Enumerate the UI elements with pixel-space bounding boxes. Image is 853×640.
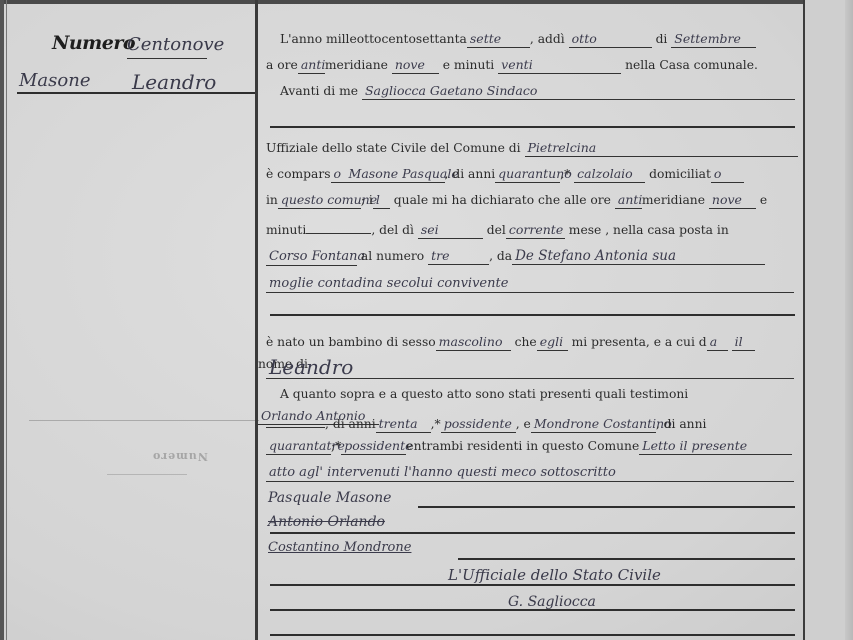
text-avanti-di-me: Avanti di me <box>280 84 358 98</box>
signature-official: G. Sagliocca <box>508 594 596 610</box>
field-year: sette <box>467 29 530 48</box>
field-declarant-age: quarantuno <box>495 164 560 183</box>
numero-value: Centonove <box>127 34 224 55</box>
rule-sig-4 <box>270 584 795 586</box>
text-casa-comunale: nella Casa comunale. <box>625 58 758 72</box>
field-sex: mascolino <box>436 332 511 351</box>
signature-witness-1: Antonio Orlando <box>268 514 385 530</box>
act-line-1: L'anno milleottocentosettantasette, addì… <box>258 28 803 50</box>
rule-sig-3 <box>458 558 795 560</box>
margin-column: Numero Centonove Masone Leandro Numero <box>7 4 253 640</box>
text-e-2: , e <box>516 417 531 431</box>
bleed-through-stamp: Numero <box>152 450 208 463</box>
act-line-2: a oreantimeridiane nove e minuti venti n… <box>258 54 803 76</box>
field-witness-1-age: trenta <box>376 414 431 433</box>
margin-given-name: Leandro <box>132 70 216 94</box>
act-line-11: Leandro <box>258 354 803 382</box>
text-quale-dichiarato: quale mi ha dichiarato che alle ore <box>394 193 611 207</box>
field-minutes: venti <box>498 55 621 74</box>
field-official-name: Sagliocca Gaetano Sindaco <box>362 81 795 100</box>
field-birth-ante: anti <box>615 190 642 209</box>
field-ante: anti <box>298 55 325 74</box>
field-witness-1-cont <box>266 409 325 428</box>
field-closing-statement: atto agl' intervenuti l'hanno questi mec… <box>266 463 794 482</box>
field-month-ref: corrente <box>506 220 565 239</box>
field-il-suffix: l <box>373 190 390 209</box>
field-domic-suffix: o <box>711 164 744 183</box>
text-da: , da <box>489 249 512 263</box>
act-line-14: quarantatre;*possidenteentrambi resident… <box>258 435 803 457</box>
text-del: del <box>487 223 506 237</box>
act-line-7: minuti, del dì sei delcorrente mese , ne… <box>258 215 803 237</box>
act-line-5: è comparsoMasone Pasquale, di anniquaran… <box>258 163 803 185</box>
field-da: a <box>707 332 728 351</box>
text-meridiane: meridiane <box>325 58 388 72</box>
text-star: ,* <box>560 167 570 181</box>
register-page: Numero Centonove Masone Leandro Numero L… <box>0 0 853 640</box>
field-birth-minutes <box>306 215 371 234</box>
text-al-numero: al numero <box>361 249 424 263</box>
numero-underline <box>127 58 207 59</box>
text-meridiane-2: meridiane <box>642 193 705 207</box>
text-sep: ; i <box>361 193 373 207</box>
field-street: Corso Fontana <box>266 247 357 266</box>
page-edge-shadow <box>845 0 853 640</box>
text-che: che <box>515 335 537 349</box>
act-line-10: è nato un bambino di sessomascolino chee… <box>258 331 803 353</box>
act-line-3: Avanti di me Sagliocca Gaetano Sindaco <box>258 80 803 102</box>
field-witness-2: Mondrone Costantino <box>531 414 656 433</box>
rule-sig-6 <box>270 634 795 636</box>
text-addi: , addì <box>530 32 565 46</box>
text-star-2: ;* <box>331 439 341 453</box>
text-casa-posta: mese , nella casa posta in <box>569 223 729 237</box>
field-witness-2-profession: possidente <box>341 436 406 455</box>
text-di-anni-2: , di anni <box>656 417 707 431</box>
rule-1 <box>270 126 795 128</box>
text-testimoni: A quanto sopra e a questo atto sono stat… <box>280 387 688 401</box>
text-entrambi-residenti: entrambi residenti in questo Comune <box>406 439 639 453</box>
field-residence: questo comune <box>278 190 361 209</box>
field-witness-2-age: quarantatre <box>266 436 331 455</box>
text-in: in <box>266 193 278 207</box>
field-house-number: tre <box>428 246 489 265</box>
text-nato-bambino: è nato un bambino di sesso <box>266 335 436 349</box>
field-mother: De Stefano Antonia sua <box>512 246 765 265</box>
field-gender-suffix: o <box>331 164 346 183</box>
text-domiciliato: domiciliat <box>649 167 711 181</box>
signature-witness-2: Costantino Mondrone <box>268 540 411 555</box>
numero-label: Numero <box>52 32 135 54</box>
field-declarant: Masone Pasquale <box>346 164 445 183</box>
field-profession: calzolaio <box>574 164 645 183</box>
rule-sig-2 <box>270 532 795 534</box>
left-border <box>0 0 4 640</box>
act-line-15: atto agl' intervenuti l'hanno questi mec… <box>258 461 803 483</box>
bleed-through-line <box>29 420 259 421</box>
field-comune: Pietrelcina <box>525 138 798 157</box>
text-comparso: è compars <box>266 167 331 181</box>
text-del-di: , del dì <box>371 223 414 237</box>
field-day: otto <box>569 29 652 48</box>
act-line-8: Corso Fontana al numero tre, daDe Stefan… <box>258 245 803 267</box>
official-title: L'Ufficiale dello Stato Civile <box>448 566 661 584</box>
field-birth-day: sei <box>418 220 483 239</box>
field-egli: egli <box>537 332 568 351</box>
text-a-ore: a ore <box>266 58 298 72</box>
field-letto: Letto il presente <box>639 436 792 455</box>
margin-surname: Masone <box>19 70 90 91</box>
rule-2 <box>270 314 795 316</box>
text-star-1: ,* <box>431 417 441 431</box>
text-di: di <box>656 32 668 46</box>
field-month: Settembre <box>671 29 756 48</box>
field-child-name: Leandro <box>266 354 794 379</box>
field-hour: nove <box>392 55 439 74</box>
text-year-prefix: L'anno milleottocentosettanta <box>280 32 467 46</box>
birth-act-body: L'anno milleottocentosettantasette, addì… <box>258 4 803 640</box>
text-e-minuti: e minuti <box>443 58 495 72</box>
text-mi-presenta: mi presenta, e a cui d <box>572 335 707 349</box>
field-il: il <box>732 332 755 351</box>
text-di-anni: , di anni <box>445 167 496 181</box>
act-line-13: , di annitrenta,*possidente, eMondrone C… <box>258 409 803 431</box>
act-line-9: moglie contadina secolui convivente <box>258 272 803 294</box>
act-line-12: A quanto sopra e a questo atto sono stat… <box>258 383 803 405</box>
text-di-anni-1: , di anni <box>325 417 376 431</box>
rule-sig-1 <box>418 506 795 508</box>
field-mother-details: moglie contadina secolui convivente <box>266 274 794 293</box>
act-line-6: inquesto comune; il quale mi ha dichiara… <box>258 189 803 211</box>
act-line-4: Uffiziale dello state Civile del Comune … <box>258 137 803 159</box>
name-underline <box>17 92 255 94</box>
signature-declarant: Pasquale Masone <box>268 490 391 506</box>
field-witness-1-profession: possidente <box>441 414 516 433</box>
rule-sig-5 <box>270 609 795 611</box>
text-minuti: minuti <box>266 223 306 237</box>
field-birth-hour: nove <box>709 190 756 209</box>
text-ufficiale: Uffiziale dello state Civile del Comune … <box>266 141 521 155</box>
bleed-through-signature <box>107 474 187 475</box>
text-e: e <box>760 193 767 207</box>
